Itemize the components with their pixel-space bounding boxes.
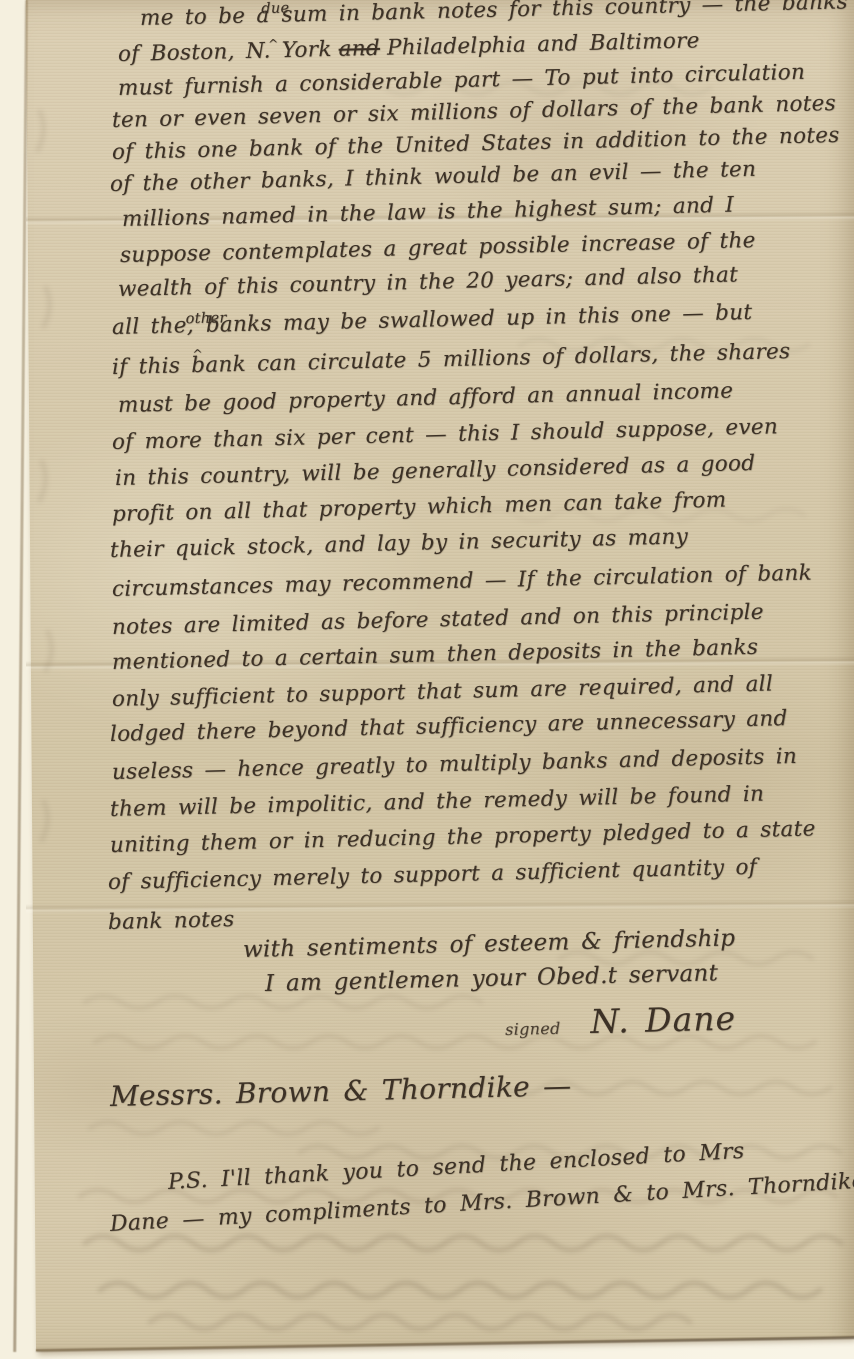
letter-line: in this country, will be generally consi… [115,451,756,491]
letter-line: of the other banks, I think would be an … [110,157,757,197]
letter-line: of sufficiency merely to support a suffi… [108,855,758,895]
closing-line: with sentiments of esteem & friendship [243,925,736,963]
letter-line: lodged there beyond that sufficiency are… [110,706,788,747]
letter-line: circumstances may recommend — If the cir… [112,561,813,602]
signed-annotation: signed [505,1019,561,1039]
letter-line: if this bank can circulate 5 millions of… [112,339,791,380]
struck-word: and [338,36,380,62]
line-text: me to be a [140,3,270,31]
letter-line: their quick stock, and lay by in securit… [110,524,689,563]
letter-line: mentioned to a certain sum then deposits… [112,635,759,675]
letter-line: uniting them or in reducing the property… [110,816,816,858]
letter-line: of Boston, N. YorkandPhiladelphia and Ba… [118,28,700,67]
signature-name: N. Dane [590,999,737,1041]
letter-line: useless — hence greatly to multiply bank… [112,744,798,785]
inserted-word: due [261,0,289,17]
inserted-word: other [185,310,226,327]
letter-line: them will be impolitic, and the remedy w… [110,782,765,822]
scanner-background: me to be adue^sum in bank notes for this… [0,0,854,1359]
signature-line: signedN. Dane [505,999,737,1043]
letter-line: suppose contemplates a great possible in… [120,228,756,268]
letter-line: must be good property and afford an annu… [118,379,734,418]
line-text: banks may be swallowed up in this one — … [206,300,753,338]
letter-line: bank notes [108,907,235,935]
line-text: all the, [112,313,194,340]
letter-line: only sufficient to support that sum are … [112,671,774,712]
line-text: Philadelphia and Baltimore [387,28,700,60]
letter-line: all the,other^banks may be swallowed up … [112,300,753,340]
letter-line: millions named in the law is the highest… [122,193,735,232]
letter-line: profit on all that property which men ca… [112,488,727,527]
address-line: Messrs. Brown & Thorndike — [110,1069,572,1113]
letter-line: notes are limited as before stated and o… [112,600,764,640]
letter-line: of more than six per cent — this I shoul… [112,414,779,455]
letter-line: wealth of this country in the 20 years; … [118,262,739,302]
letter-line: me to be adue^sum in bank notes for this… [140,0,848,31]
letter-text: me to be adue^sum in bank notes for this… [0,0,854,1359]
line-text: sum in bank notes for this country — the… [281,0,848,28]
line-text: of Boston, N. York [118,37,332,67]
closing-line: I am gentlemen your Obed.t servant [265,960,719,997]
